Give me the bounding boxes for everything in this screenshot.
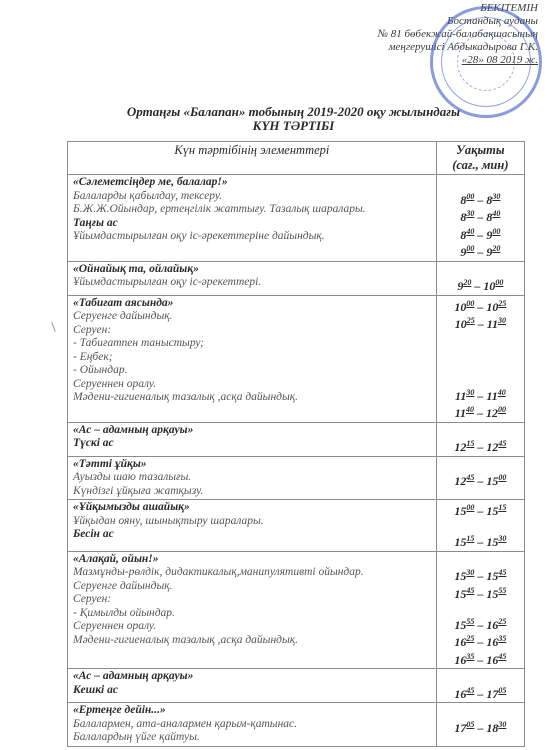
table-row: «Ертеңге дейін...»Балалармен, ата-аналар… (68, 703, 525, 747)
activity-item: Ауызды шаю тазалығы. (73, 471, 431, 485)
table-row: «Табиғат аясында»Серуенге дайындық.Серуе… (68, 295, 525, 422)
activity-item: Бесін ас (73, 528, 431, 542)
time-range: 1645 – 1705 (442, 684, 519, 702)
activity-item: - Қимылды ойындар. (73, 607, 431, 621)
time-range: 900 – 920 (442, 242, 519, 260)
time-range: 1000 – 1025 (442, 297, 519, 315)
time-range: 1545 – 1555 (442, 584, 519, 602)
schedule-elements-cell: «Ас – адамның арқауы»Кешкі ас (68, 669, 437, 703)
activity-item: Мәдени-гигиеналық тазалық ,асқа дайындық… (73, 391, 431, 405)
activity-heading: «Сәлеметсіңдер ме, балалар!» (73, 176, 431, 190)
table-row: «Ас – адамның арқауы»Кешкі ас 1645 – 170… (68, 669, 525, 703)
header-time-unit: (сағ., мин) (442, 158, 519, 173)
activity-heading: «Ертеңге дейін...» (73, 704, 431, 718)
time-range: 1530 – 1545 (442, 566, 519, 584)
time-range: 1130 – 1140 (442, 386, 519, 404)
schedule-elements-cell: «Алақай, ойын!»Мазмұнды-рөлдік, дидактик… (68, 551, 437, 669)
activity-item: Серуен: (73, 324, 431, 338)
schedule-elements-cell: «Тәтті ұйқы»Ауызды шаю тазалығы.Күндізгі… (68, 456, 437, 500)
document-subtitle: КҮН ТӘРТІБІ (20, 119, 547, 133)
time-range (442, 332, 519, 346)
time-range: 1500 – 1515 (442, 501, 519, 519)
table-row: «Алақай, ойын!»Мазмұнды-рөлдік, дидактик… (68, 551, 525, 669)
schedule-time-cell: 1705 – 1830 (436, 703, 524, 747)
activity-item: Серуенге дайындық. (73, 310, 431, 324)
schedule-elements-cell: «Ертеңге дейін...»Балалармен, ата-аналар… (68, 703, 437, 747)
activity-item: Серуеннен оралу. (73, 620, 431, 634)
activity-item: Таңғы ас (73, 217, 431, 231)
activity-item: Ұйқыдан ояну, шынықтыру шаралары. (73, 515, 431, 529)
time-range: 1025 – 1130 (442, 314, 519, 332)
activity-item: - Еңбек; (73, 351, 431, 365)
activity-heading: «Табиғат аясында» (73, 297, 431, 311)
schedule-elements-cell: «Ас – адамның арқауы»Түскі ас (68, 422, 437, 456)
time-range: 920 – 1000 (442, 276, 519, 294)
activity-item: Серуен: (73, 593, 431, 607)
schedule-time-cell: 1645 – 1705 (436, 669, 524, 703)
table-row: «Сәлеметсіңдер ме, балалар!»Балаларды қа… (68, 175, 525, 262)
round-seal-stamp-icon (430, 6, 542, 118)
activity-item: Б.Ж.Ж.Ойындар, ертеңгілік жаттығу. Тазал… (73, 203, 431, 217)
header-time: Уақыты (сағ., мин) (436, 142, 524, 175)
activity-heading: «Ойнайық та, ойлайық» (73, 263, 431, 277)
schedule-time-cell: 1245 – 1500 (436, 456, 524, 500)
activity-item: Ұйымдастырылған оқу іс-әрекеттері. (73, 276, 431, 290)
time-range: 1625 – 1635 (442, 632, 519, 650)
scan-mark (51, 322, 55, 332)
activity-heading: «Ас – адамның арқауы» (73, 670, 431, 684)
schedule-time-cell: 1500 – 1515 1515 – 1530 (436, 500, 524, 552)
activity-item: Серуеннен оралу. (73, 378, 431, 392)
activity-item: Балаларды қабылдау, тексеру. (73, 190, 431, 204)
activity-heading: «Ұйқымызды ашайық» (73, 501, 431, 515)
schedule-elements-cell: «Табиғат аясында»Серуенге дайындық.Серуе… (68, 295, 437, 422)
time-range: 1555 – 1625 (442, 615, 519, 633)
table-row: «Ас – адамның арқауы»Түскі ас 1215 – 124… (68, 422, 525, 456)
time-range (442, 359, 519, 373)
document-title: Ортаңғы «Балапан» тобының 2019-2020 оқу … (20, 105, 547, 119)
schedule-time-cell: 1000 – 10251025 – 1130 1130 – 11401140 –… (436, 295, 524, 422)
activity-item: Балалардың үйге қайтуы. (73, 731, 431, 745)
schedule-time-cell: 920 – 1000 (436, 261, 524, 295)
time-range (442, 601, 519, 615)
table-row: «Тәтті ұйқы»Ауызды шаю тазалығы.Күндізгі… (68, 456, 525, 500)
activity-item: Кешкі ас (73, 684, 431, 698)
time-range: 830 – 840 (442, 207, 519, 225)
time-range: 1515 – 1530 (442, 532, 519, 550)
time-range (442, 519, 519, 533)
header-time-label: Уақыты (442, 143, 519, 158)
activity-item: Серуенге дайындық. (73, 580, 431, 594)
time-range: 800 – 830 (442, 190, 519, 208)
activity-item: - Ойындар. (73, 364, 431, 378)
table-row: «Ойнайық та, ойлайық»Ұйымдастырылған оқу… (68, 261, 525, 295)
daily-schedule-table: Күн тәртібінің элементтері Уақыты (сағ.,… (67, 141, 525, 747)
table-row: «Ұйқымызды ашайық»Ұйқыдан ояну, шынықтыр… (68, 500, 525, 552)
time-range: 1140 – 1200 (442, 403, 519, 421)
activity-item: Мәдени-гигиеналық тазалық ,асқа дайындық… (73, 634, 431, 648)
activity-item: Ұйымдастырылған оқу іс-әрекеттеріне дайы… (73, 230, 431, 244)
schedule-time-cell: 800 – 830830 – 840840 – 900900 – 920 (436, 175, 524, 262)
time-range: 1705 – 1830 (442, 718, 519, 736)
schedule-time-cell: 1530 – 15451545 – 1555 1555 – 16251625 –… (436, 551, 524, 669)
time-range (442, 345, 519, 359)
schedule-elements-cell: «Ойнайық та, ойлайық»Ұйымдастырылған оқу… (68, 261, 437, 295)
schedule-time-cell: 1215 – 1245 (436, 422, 524, 456)
table-header-row: Күн тәртібінің элементтері Уақыты (сағ.,… (68, 142, 525, 175)
time-range: 1215 – 1245 (442, 437, 519, 455)
time-range: 1635 – 1645 (442, 650, 519, 668)
time-range (442, 424, 519, 438)
activity-item: - Табиғатпен таныстыру; (73, 337, 431, 351)
activity-heading: «Тәтті ұйқы» (73, 458, 431, 472)
activity-item: Мазмұнды-рөлдік, дидактикалық,манипуляти… (73, 566, 431, 580)
time-range (442, 704, 519, 718)
activity-item: Түскі ас (73, 437, 431, 451)
schedule-elements-cell: «Ұйқымызды ашайық»Ұйқыдан ояну, шынықтыр… (68, 500, 437, 552)
time-range (442, 372, 519, 386)
time-range: 1245 – 1500 (442, 471, 519, 489)
time-range (442, 176, 519, 190)
time-range (442, 263, 519, 277)
activity-item: Балалармен, ата-аналармен қарым-қатынас. (73, 718, 431, 732)
time-range (442, 670, 519, 684)
schedule-elements-cell: «Сәлеметсіңдер ме, балалар!»Балаларды қа… (68, 175, 437, 262)
time-range: 840 – 900 (442, 225, 519, 243)
header-elements: Күн тәртібінің элементтері (68, 142, 437, 175)
activity-heading: «Ас – адамның арқауы» (73, 424, 431, 438)
time-range (442, 553, 519, 567)
activity-heading: «Алақай, ойын!» (73, 553, 431, 567)
activity-item: Күндізгі ұйқыға жатқызу. (73, 485, 431, 499)
time-range (442, 458, 519, 472)
